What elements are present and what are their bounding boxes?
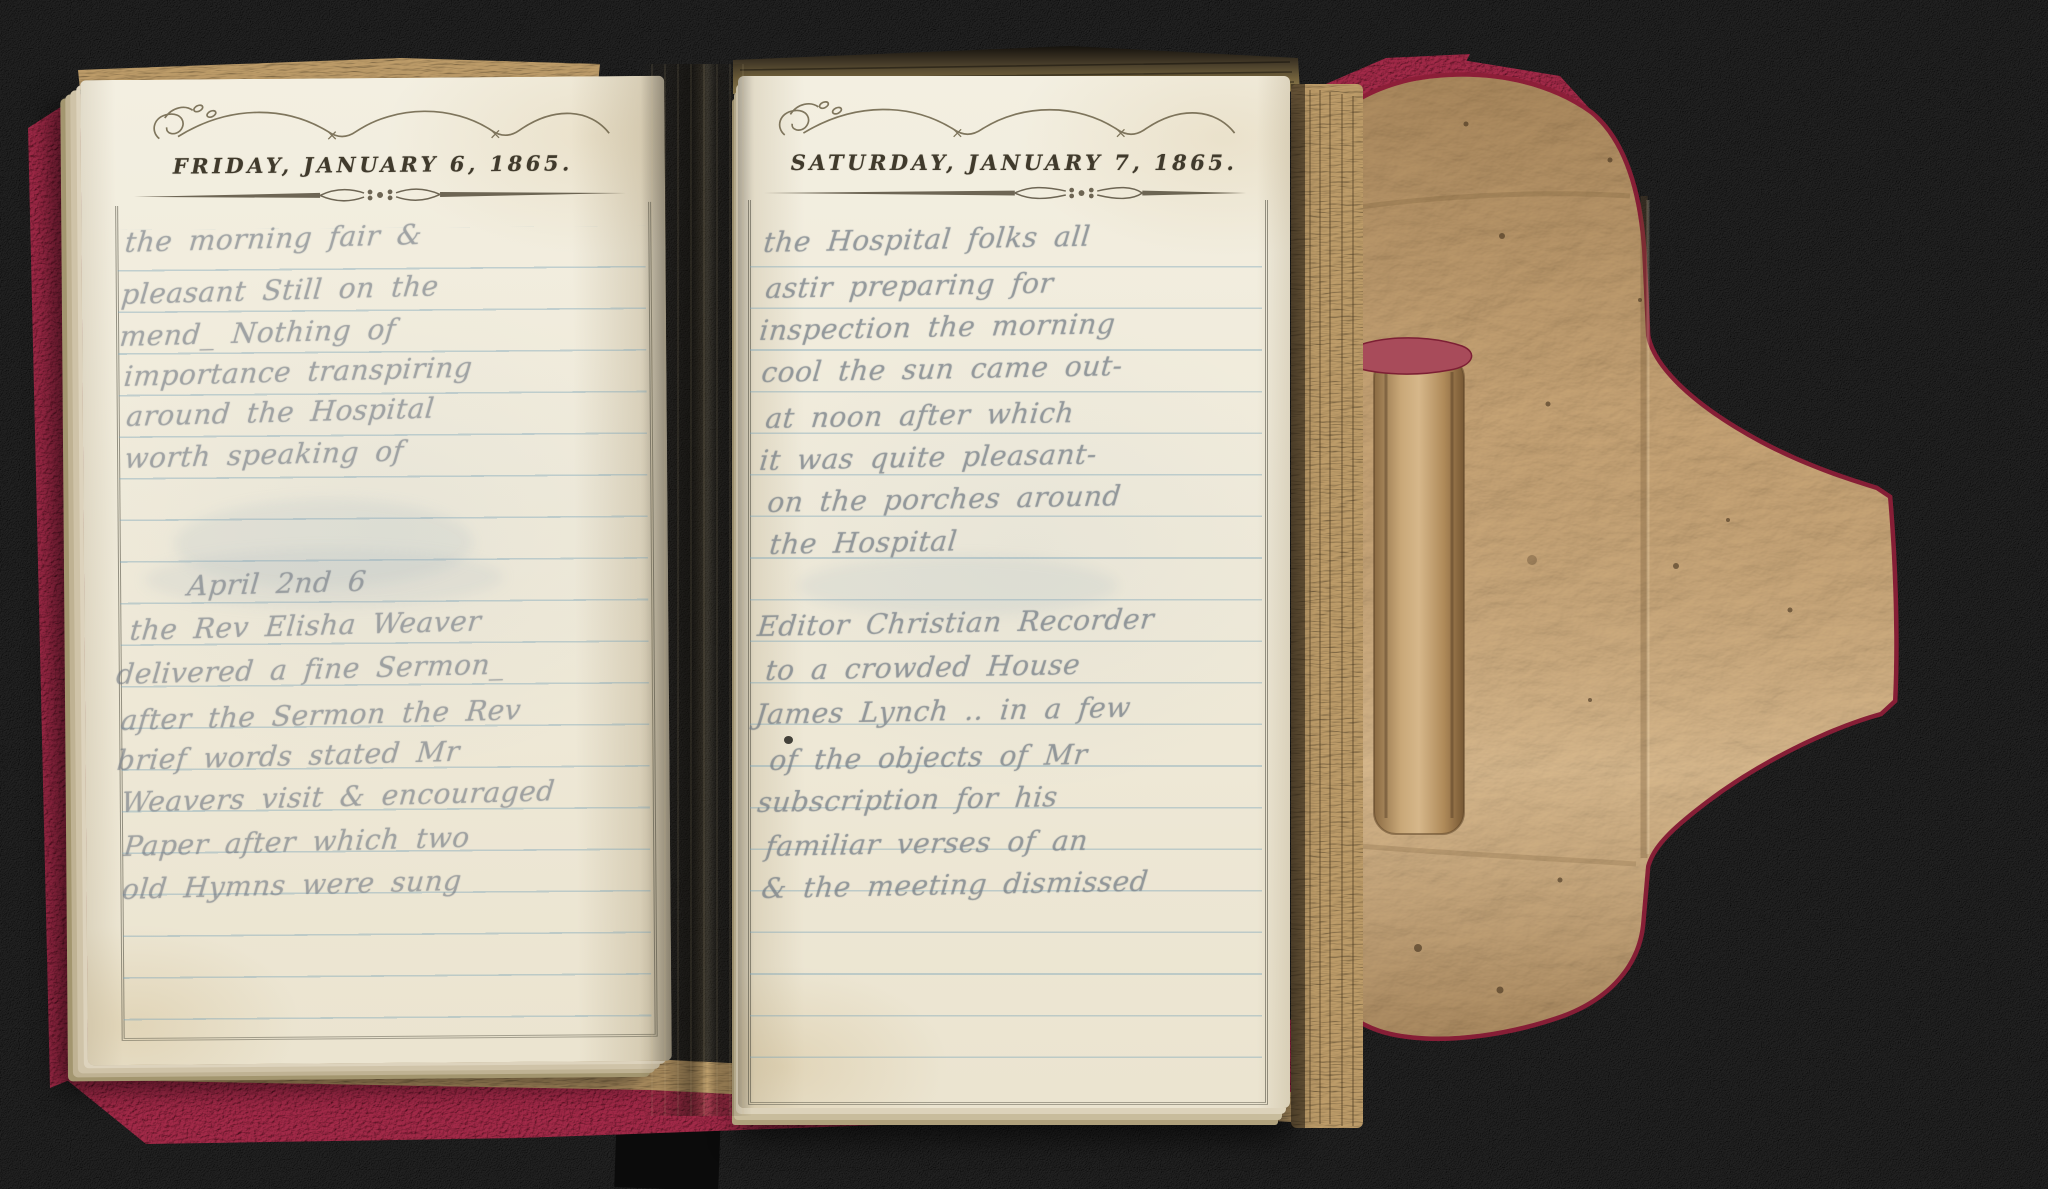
entry-line: inspection the morning: [758, 309, 1117, 346]
entry-line: delivered a fine Sermon_: [115, 650, 506, 691]
entry-line: mend_ Nothing of: [118, 315, 397, 352]
right-page: SATURDAY, JANUARY 7, 1865. the Hospital …: [738, 76, 1290, 1108]
entry-line: to a crowded House: [764, 650, 1082, 686]
entry-line: cool the sun came out-: [760, 351, 1124, 388]
page-block-edge: [1291, 84, 1363, 1128]
entry-line: Paper after which two: [122, 823, 471, 862]
diary-photo: { "left_page": { "header": "FRIDAY, JANU…: [0, 0, 2048, 1189]
entry-line: Weavers visit & encouraged: [120, 776, 556, 818]
entry-line: brief words stated Mr: [116, 737, 462, 776]
header-flourish-icon: [750, 92, 1260, 148]
entry-line: astir preparing for: [764, 268, 1055, 304]
entry-line: on the porches around: [766, 481, 1123, 518]
entry-line: April 2nd 6: [186, 567, 368, 602]
header-divider-icon: [119, 184, 641, 208]
entry-line: around the Hospital: [125, 394, 436, 432]
entry-line: & the meeting dismissed: [760, 867, 1150, 904]
entry-line: the morning fair &: [124, 220, 424, 258]
entry-line: importance transpiring: [123, 353, 474, 392]
entry-line: Editor Christian Recorder: [756, 604, 1156, 642]
right-page-header: SATURDAY, JANUARY 7, 1865.: [738, 150, 1290, 175]
entry-line: after the Sermon the Rev: [119, 695, 522, 736]
entry-line: worth speaking of: [123, 436, 405, 474]
entry-line: the Hospital: [768, 526, 959, 560]
left-page-header: FRIDAY, JANUARY 6, 1865.: [81, 150, 665, 180]
entry-line: of the objects of Mr: [768, 740, 1089, 776]
header-divider-icon: [750, 184, 1260, 204]
entry-line: it was quite pleasant-: [758, 440, 1098, 476]
entry-line: pleasant Still on the: [120, 271, 440, 310]
entry-line: familiar verses of an: [764, 826, 1090, 862]
entry-line: the Rev Elisha Weaver: [129, 606, 483, 646]
entry-line: old Hymns were sung: [121, 866, 464, 905]
entry-line: the Hospital folks all: [762, 222, 1092, 258]
entry-line: James Lynch .. in a few: [754, 693, 1132, 730]
left-page: FRIDAY, JANUARY 6, 1865. the morning fai…: [80, 76, 672, 1066]
entry-line: subscription for his: [756, 782, 1059, 818]
header-flourish-icon: [118, 92, 640, 152]
entry-line: at noon after which: [764, 398, 1076, 434]
